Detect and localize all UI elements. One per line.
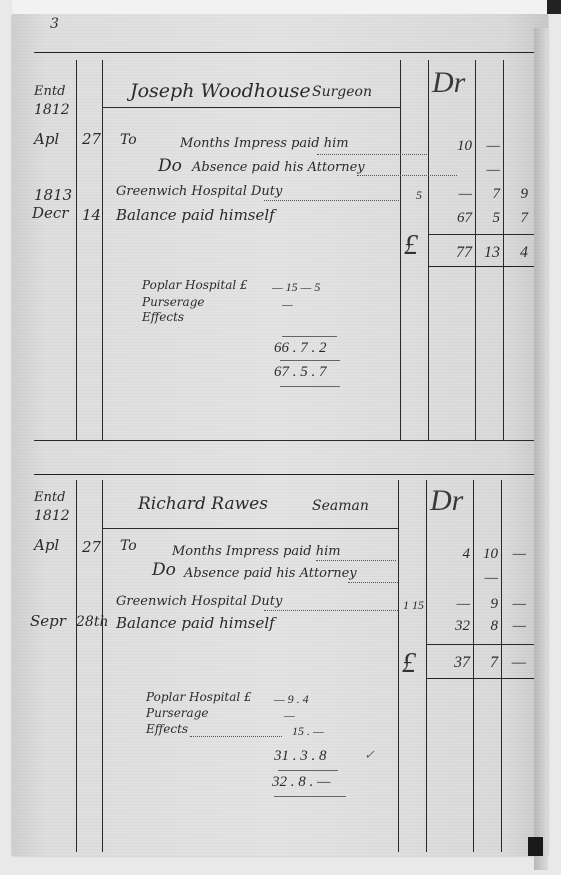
line-shillings: 8 bbox=[476, 618, 498, 635]
person-name: Joseph Woodhouse bbox=[130, 80, 311, 102]
note-value: — bbox=[282, 297, 322, 312]
entry-top-rule bbox=[34, 474, 544, 478]
total-pence: — bbox=[504, 654, 526, 672]
leader-dots bbox=[190, 736, 282, 737]
entered-label: Entd bbox=[34, 84, 65, 99]
line-prefix: To bbox=[120, 132, 137, 148]
line-text: Absence paid his Attorney bbox=[192, 160, 365, 175]
line-pounds: 67 bbox=[442, 210, 472, 227]
line-day: 14 bbox=[82, 206, 101, 224]
name-underline-rule bbox=[102, 528, 398, 529]
entered-label: Entd bbox=[34, 490, 65, 505]
check-mark-icon: ✓ bbox=[364, 748, 375, 763]
line-text: Absence paid his Attorney bbox=[184, 566, 357, 581]
leader-dots bbox=[264, 610, 398, 611]
line-shillings: 7 bbox=[478, 186, 500, 203]
note-label: Effects bbox=[146, 722, 188, 736]
name-underline-rule bbox=[102, 107, 400, 108]
ledger-page: 3 Entd 1812 Joseph Woodhouse Surgeon Dr … bbox=[12, 14, 548, 856]
debit-header: Dr bbox=[432, 66, 465, 100]
note-value: — bbox=[284, 708, 324, 723]
note-value: 15 . — bbox=[292, 724, 342, 739]
sum-rule bbox=[280, 386, 340, 387]
line-month: Decr bbox=[32, 204, 68, 222]
total-bottom-rule bbox=[426, 678, 544, 682]
line-text: Balance paid himself bbox=[116, 614, 275, 632]
line-prefix: Do bbox=[158, 156, 182, 176]
line-shillings: — bbox=[478, 162, 500, 179]
note-label: Effects bbox=[142, 310, 184, 324]
entry-top-rule bbox=[34, 52, 544, 56]
line-pence: — bbox=[504, 596, 526, 613]
sum-rule bbox=[282, 336, 337, 337]
line-side-value: 5 bbox=[406, 188, 422, 203]
total-pounds: 77 bbox=[438, 244, 472, 262]
line-pence: 9 bbox=[506, 186, 528, 203]
total-bottom-rule bbox=[428, 266, 544, 270]
line-pounds: 32 bbox=[440, 618, 470, 635]
note-label: Purserage bbox=[142, 295, 204, 309]
sum-rule bbox=[274, 796, 346, 797]
line-pence: 7 bbox=[506, 210, 528, 227]
leader-dots bbox=[348, 582, 398, 583]
line-shillings: 10 bbox=[476, 546, 498, 563]
day-column-rule bbox=[102, 60, 103, 440]
pounds-column-rule bbox=[426, 480, 427, 852]
line-text: Months Impress paid him bbox=[172, 544, 341, 559]
entered-year: 1812 bbox=[34, 508, 70, 524]
day-column-rule bbox=[102, 480, 103, 852]
debit-header: Dr bbox=[430, 484, 463, 518]
note-label: Poplar Hospital £ bbox=[146, 690, 252, 704]
line-side-value: 1 15 bbox=[398, 598, 424, 613]
line-day: 28th bbox=[76, 614, 108, 630]
scan-edge-shadow bbox=[528, 837, 543, 856]
line-text: Greenwich Hospital Duty bbox=[116, 184, 282, 199]
line-day: 27 bbox=[82, 538, 101, 556]
pence-column-rule bbox=[503, 60, 504, 440]
total-shillings: 13 bbox=[478, 244, 500, 262]
note-label: Purserage bbox=[146, 706, 208, 720]
line-month: Sepr bbox=[30, 612, 66, 630]
line-pounds: — bbox=[442, 186, 472, 203]
line-pence: — bbox=[504, 618, 526, 635]
sum-rule bbox=[278, 770, 338, 771]
note-subtotal: 31 . 3 . 8 bbox=[274, 748, 354, 765]
total-pound-symbol: £ bbox=[404, 230, 418, 262]
sum-rule bbox=[280, 360, 340, 361]
person-name: Richard Rawes bbox=[138, 494, 268, 514]
date-column-rule bbox=[76, 480, 77, 852]
leader-dots bbox=[317, 154, 427, 155]
total-pounds: 37 bbox=[436, 654, 470, 672]
note-value: — 9 . 4 bbox=[274, 692, 334, 707]
shillings-column-rule bbox=[473, 480, 474, 852]
line-pence: — bbox=[504, 546, 526, 563]
line-month: Apl bbox=[34, 536, 59, 554]
line-shillings: — bbox=[476, 570, 498, 587]
total-top-rule bbox=[426, 644, 544, 645]
shillings-column-rule bbox=[475, 60, 476, 440]
date-column-rule bbox=[76, 60, 77, 440]
page-number: 3 bbox=[50, 16, 59, 32]
leader-dots bbox=[316, 560, 396, 561]
scan-corner-shadow bbox=[547, 0, 561, 14]
page-binding-edge bbox=[534, 28, 548, 870]
total-shillings: 7 bbox=[476, 654, 498, 672]
line-shillings: 5 bbox=[478, 210, 500, 227]
note-subtotal: 66 . 7 . 2 bbox=[274, 340, 354, 357]
person-rank: Seaman bbox=[312, 498, 369, 514]
note-total: 32 . 8 . — bbox=[272, 774, 352, 791]
person-rank: Surgeon bbox=[312, 84, 372, 100]
note-label: Poplar Hospital £ bbox=[142, 278, 248, 292]
page-top-margin bbox=[12, 0, 548, 14]
line-text: Months Impress paid him bbox=[180, 136, 349, 151]
side-column-rule bbox=[400, 60, 401, 440]
note-value: — 15 — 5 bbox=[272, 280, 332, 295]
line-shillings: 9 bbox=[476, 596, 498, 613]
total-pence: 4 bbox=[506, 244, 528, 262]
line-month: Apl bbox=[34, 130, 59, 148]
entry-bottom-rule bbox=[34, 440, 544, 441]
line-text: Greenwich Hospital Duty bbox=[116, 594, 282, 609]
line-pounds: 10 bbox=[442, 138, 472, 155]
leader-dots bbox=[264, 200, 399, 201]
line-prefix: Do bbox=[152, 560, 176, 580]
line-pounds: — bbox=[440, 596, 470, 613]
note-total: 67 . 5 . 7 bbox=[274, 364, 354, 381]
line-day: 27 bbox=[82, 130, 101, 148]
line-text: Balance paid himself bbox=[116, 206, 275, 224]
pounds-column-rule bbox=[428, 60, 429, 440]
side-column-rule bbox=[398, 480, 399, 852]
pence-column-rule bbox=[501, 480, 502, 852]
line-pounds: 4 bbox=[440, 546, 470, 563]
line-prefix: To bbox=[120, 538, 137, 554]
leader-dots bbox=[357, 175, 457, 176]
total-top-rule bbox=[428, 234, 544, 235]
entered-year: 1812 bbox=[34, 102, 70, 118]
total-pound-symbol: £ bbox=[402, 648, 416, 680]
line-shillings: — bbox=[478, 138, 500, 155]
line-year: 1813 bbox=[34, 186, 72, 204]
